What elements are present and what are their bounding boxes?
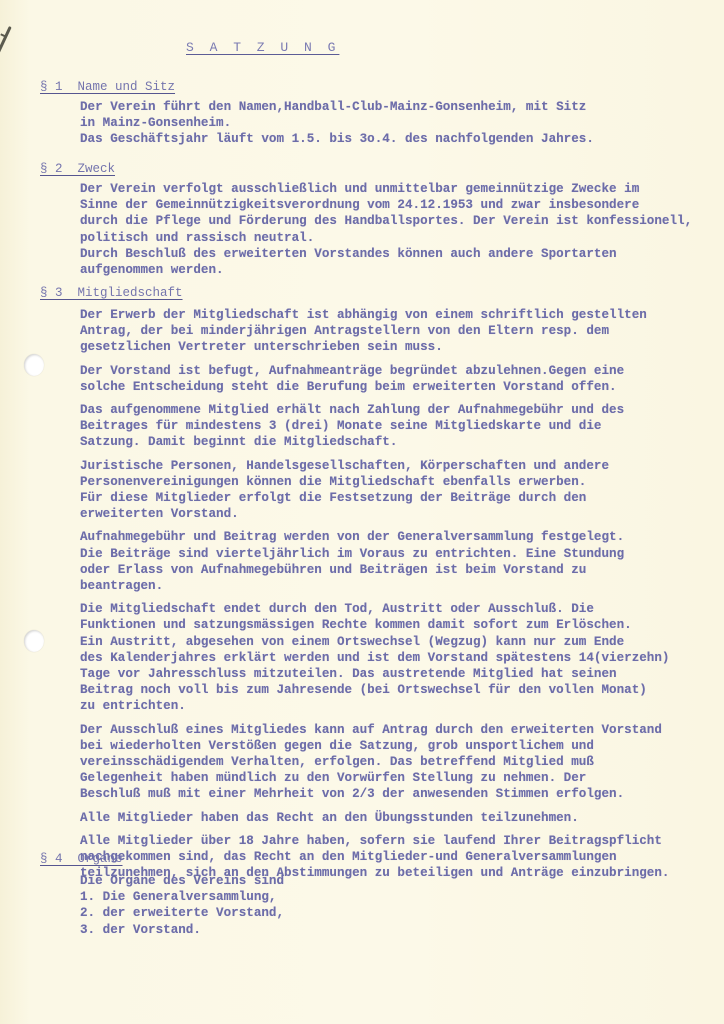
text-line: oder Erlass von Aufnahmegebühren und Bei… [80,562,669,578]
text-line: beantragen. [80,578,669,594]
text-line: Personenvereinigungen können die Mitglie… [80,474,669,490]
paragraph: Der Ausschluß eines Mitgliedes kann auf … [80,722,669,803]
document-title: S A T Z U N G [186,40,339,55]
text-line: Ein Austritt, abgesehen von einem Ortswe… [80,634,669,650]
section-heading: § 1 Name und Sitz [40,80,175,94]
text-line: Alle Mitglieder über 18 Jahre haben, sof… [80,833,669,849]
paragraph: Der Erwerb der Mitgliedschaft ist abhäng… [80,307,669,356]
text-line: Für diese Mitglieder erfolgt die Festset… [80,490,669,506]
text-line: Juristische Personen, Handelsgesellschaf… [80,458,669,474]
text-line: erweiterten Vorstand. [80,506,669,522]
paragraph: Der Vorstand ist befugt, Aufnahmeanträge… [80,363,669,395]
text-line: nachgekommen sind, das Recht an den Mitg… [80,849,669,865]
text-line: Der Vorstand ist befugt, Aufnahmeanträge… [80,363,669,379]
section-heading: § 4 Organe [40,852,123,866]
text-line: Der Verein verfolgt ausschließlich und u… [80,181,692,197]
section-body: Der Verein verfolgt ausschließlich und u… [80,181,692,285]
section-heading: § 2 Zweck [40,162,115,176]
text-line: aufgenommen werden. [80,262,692,278]
paragraph: Alle Mitglieder haben das Recht an den Ü… [80,810,669,826]
paragraph: Aufnahmegebühr und Beitrag werden von de… [80,529,669,594]
text-line: 3. der Vorstand. [80,922,284,938]
text-line: Satzung. Damit beginnt die Mitgliedschaf… [80,434,669,450]
text-line: 2. der erweiterte Vorstand, [80,905,284,921]
text-line: Beitrag noch voll bis zum Jahresende (be… [80,682,669,698]
section-body: Der Erwerb der Mitgliedschaft ist abhäng… [80,307,669,889]
paragraph: Die Organe des Vereins sind1. Die Genera… [80,873,284,938]
text-line: Das aufgenommene Mitglied erhält nach Za… [80,402,669,418]
text-line: 1. Die Generalversammlung, [80,889,284,905]
text-line: politisch und rassisch neutral. [80,230,692,246]
text-line: bei wiederholten Verstößen gegen die Sat… [80,738,669,754]
text-line: Tage vor Jahresschluss mitzuteilen. Das … [80,666,669,682]
text-line: Die Mitgliedschaft endet durch den Tod, … [80,601,669,617]
text-line: Antrag, der bei minderjährigen Antragste… [80,323,669,339]
text-line: Aufnahmegebühr und Beitrag werden von de… [80,529,669,545]
paper-page: S A T Z U N G § 1 Name und SitzDer Verei… [0,0,724,1024]
section-body: Die Organe des Vereins sind1. Die Genera… [80,873,284,945]
text-line: Sinne der Gemeinnützigkeitsverordnung vo… [80,197,692,213]
text-line: Der Ausschluß eines Mitgliedes kann auf … [80,722,669,738]
text-line: gesetzlichen Vertreter unterschrieben se… [80,339,669,355]
paragraph: Das aufgenommene Mitglied erhält nach Za… [80,402,669,451]
text-line: Der Verein führt den Namen,Handball-Club… [80,99,594,115]
text-line: Die Beiträge sind vierteljährlich im Vor… [80,546,669,562]
section-heading: § 3 Mitgliedschaft [40,286,183,300]
text-line: Beitrages für mindestens 3 (drei) Monate… [80,418,669,434]
paragraph: Juristische Personen, Handelsgesellschaf… [80,458,669,523]
text-line: vereinsschädigendem Verhalten, erfolgen.… [80,754,669,770]
text-line: durch die Pflege und Förderung des Handb… [80,213,692,229]
text-line: Funktionen und satzungsmässigen Rechte k… [80,617,669,633]
punch-hole-icon [24,630,44,652]
paragraph: Die Mitgliedschaft endet durch den Tod, … [80,601,669,714]
text-line: Die Organe des Vereins sind [80,873,284,889]
text-line: in Mainz-Gonsenheim. [80,115,594,131]
text-line: Gelegenheit haben mündlich zu den Vorwür… [80,770,669,786]
text-line: Der Erwerb der Mitgliedschaft ist abhäng… [80,307,669,323]
text-line: Durch Beschluß des erweiterten Vorstande… [80,246,692,262]
paragraph: Der Verein verfolgt ausschließlich und u… [80,181,692,278]
text-line: Alle Mitglieder haben das Recht an den Ü… [80,810,669,826]
text-line: Das Geschäftsjahr läuft vom 1.5. bis 3o.… [80,131,594,147]
text-line: solche Entscheidung steht die Berufung b… [80,379,669,395]
paragraph: Der Verein führt den Namen,Handball-Club… [80,99,594,148]
text-line: Beschluß muß mit einer Mehrheit von 2/3 … [80,786,669,802]
text-line: des Kalenderjahres erklärt werden und is… [80,650,669,666]
punch-hole-icon [24,354,44,376]
pen-mark-icon [0,26,12,65]
text-line: zu entrichten. [80,698,669,714]
section-body: Der Verein führt den Namen,Handball-Club… [80,99,594,155]
